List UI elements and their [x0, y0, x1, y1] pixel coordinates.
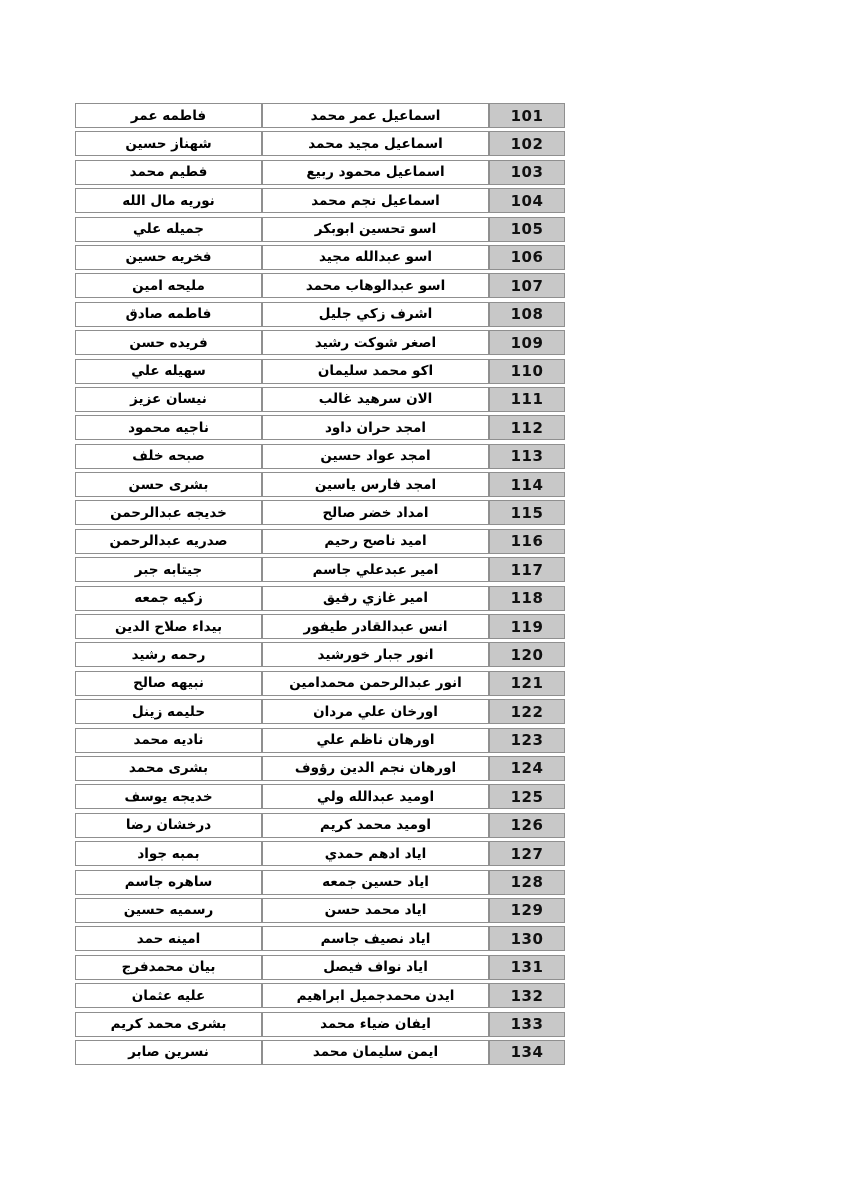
row-number-cell: 118 [489, 586, 565, 611]
name-cell: ايمن سليمان محمد [262, 1040, 489, 1065]
left-name-cell: بشرى محمد كريم [75, 1012, 262, 1037]
table-row: زكيه جمعه امير غازي رفيق 118 [75, 586, 565, 611]
left-name-cell: ساهره جاسم [75, 870, 262, 895]
row-number-cell: 104 [489, 188, 565, 213]
left-name-cell: سهيله علي [75, 359, 262, 384]
row-number-cell: 122 [489, 699, 565, 724]
left-name-cell: امينه حمد [75, 926, 262, 951]
row-number-cell: 125 [489, 784, 565, 809]
row-number-cell: 124 [489, 756, 565, 781]
left-name-cell: زكيه جمعه [75, 586, 262, 611]
left-name-cell: عليه عثمان [75, 983, 262, 1008]
name-cell: امجد فارس ياسين [262, 472, 489, 497]
row-number-cell: 107 [489, 273, 565, 298]
row-number-cell: 116 [489, 529, 565, 554]
table-row: نبيهه صالح انور عبدالرحمن محمدامين 121 [75, 671, 565, 696]
name-cell: اياد محمد حسن [262, 898, 489, 923]
table-row: بيداء صلاح الدين انس عبدالقادر طيفور 119 [75, 614, 565, 639]
name-cell: اميد ناصح رحيم [262, 529, 489, 554]
name-cell: امجد عواد حسين [262, 444, 489, 469]
table-row: نيسان عزيز الان سرهيد غالب 111 [75, 387, 565, 412]
name-cell: اسماعيل محمود ربيع [262, 160, 489, 185]
row-number-cell: 130 [489, 926, 565, 951]
name-cell: اياد نواف فيصل [262, 955, 489, 980]
table-row: فطيم محمد اسماعيل محمود ربيع 103 [75, 160, 565, 185]
table-row: رسميه حسين اياد محمد حسن 129 [75, 898, 565, 923]
row-number-cell: 110 [489, 359, 565, 384]
table-row: بشرى محمد كريم ايفان ضياء محمد 133 [75, 1012, 565, 1037]
name-cell: انور عبدالرحمن محمدامين [262, 671, 489, 696]
name-cell: اورهان ناظم علي [262, 728, 489, 753]
left-name-cell: بمبه جواد [75, 841, 262, 866]
name-cell: امجد حران داود [262, 415, 489, 440]
left-name-cell: بيداء صلاح الدين [75, 614, 262, 639]
left-name-cell: شهناز حسين [75, 131, 262, 156]
table-row: صبحه خلف امجد عواد حسين 113 [75, 444, 565, 469]
table-row: ساهره جاسم اياد حسين جمعه 128 [75, 870, 565, 895]
table-row: سهيله علي اكو محمد سليمان 110 [75, 359, 565, 384]
table-row: صدريه عبدالرحمن اميد ناصح رحيم 116 [75, 529, 565, 554]
left-name-cell: ناديه محمد [75, 728, 262, 753]
row-number-cell: 102 [489, 131, 565, 156]
left-name-cell: خديجه عبدالرحمن [75, 500, 262, 525]
left-name-cell: فطيم محمد [75, 160, 262, 185]
row-number-cell: 128 [489, 870, 565, 895]
left-name-cell: بشرى حسن [75, 472, 262, 497]
left-name-cell: فاطمه صادق [75, 302, 262, 327]
row-number-cell: 132 [489, 983, 565, 1008]
row-number-cell: 115 [489, 500, 565, 525]
row-number-cell: 112 [489, 415, 565, 440]
left-name-cell: رحمه رشيد [75, 642, 262, 667]
name-cell: الان سرهيد غالب [262, 387, 489, 412]
left-name-cell: صدريه عبدالرحمن [75, 529, 262, 554]
row-number-cell: 120 [489, 642, 565, 667]
name-cell: امداد خضر صالح [262, 500, 489, 525]
table-row: شهناز حسين اسماعيل مجيد محمد 102 [75, 131, 565, 156]
row-number-cell: 105 [489, 217, 565, 242]
row-number-cell: 108 [489, 302, 565, 327]
left-name-cell: نوريه مال الله [75, 188, 262, 213]
table-row: خديجه يوسف اوميد عبدالله ولي 125 [75, 784, 565, 809]
row-number-cell: 101 [489, 103, 565, 128]
table-row: رحمه رشيد انور جبار خورشيد 120 [75, 642, 565, 667]
name-cell: امير عبدعلي جاسم [262, 557, 489, 582]
name-cell: اسو عبدالله مجيد [262, 245, 489, 270]
name-cell: اسماعيل نجم محمد [262, 188, 489, 213]
name-cell: اياد ادهم حمدي [262, 841, 489, 866]
table-row: جميله علي اسو تحسين ابوبكر 105 [75, 217, 565, 242]
name-cell: امير غازي رفيق [262, 586, 489, 611]
left-name-cell: رسميه حسين [75, 898, 262, 923]
name-cell: اياد حسين جمعه [262, 870, 489, 895]
table-row: ناجيه محمود امجد حران داود 112 [75, 415, 565, 440]
left-name-cell: نسرين صابر [75, 1040, 262, 1065]
table-row: نوريه مال الله اسماعيل نجم محمد 104 [75, 188, 565, 213]
row-number-cell: 121 [489, 671, 565, 696]
left-name-cell: فريده حسن [75, 330, 262, 355]
left-name-cell: جميله علي [75, 217, 262, 242]
table-row: عليه عثمان ايدن محمدجميل ابراهيم 132 [75, 983, 565, 1008]
table-row: حليمه زينل اورخان علي مردان 122 [75, 699, 565, 724]
left-name-cell: فاطمه عمر [75, 103, 262, 128]
name-cell: اورهان نجم الدين رؤوف [262, 756, 489, 781]
left-name-cell: بشرى محمد [75, 756, 262, 781]
name-cell: اكو محمد سليمان [262, 359, 489, 384]
name-cell: ايدن محمدجميل ابراهيم [262, 983, 489, 1008]
row-number-cell: 114 [489, 472, 565, 497]
left-name-cell: بيان محمدفرج [75, 955, 262, 980]
left-name-cell: درخشان رضا [75, 813, 262, 838]
row-number-cell: 109 [489, 330, 565, 355]
left-name-cell: صبحه خلف [75, 444, 262, 469]
row-number-cell: 113 [489, 444, 565, 469]
name-cell: اصغر شوكت رشيد [262, 330, 489, 355]
table-row: فخريه حسين اسو عبدالله مجيد 106 [75, 245, 565, 270]
row-number-cell: 106 [489, 245, 565, 270]
table-row: بشرى محمد اورهان نجم الدين رؤوف 124 [75, 756, 565, 781]
left-name-cell: مليحه امين [75, 273, 262, 298]
row-number-cell: 103 [489, 160, 565, 185]
document-page: فاطمه عمر اسماعيل عمر محمد 101 شهناز حسي… [0, 0, 843, 1191]
row-number-cell: 129 [489, 898, 565, 923]
table-row: درخشان رضا اوميد محمد كريم 126 [75, 813, 565, 838]
table-row: بشرى حسن امجد فارس ياسين 114 [75, 472, 565, 497]
row-number-cell: 111 [489, 387, 565, 412]
table-row: بمبه جواد اياد ادهم حمدي 127 [75, 841, 565, 866]
name-cell: اسو عبدالوهاب محمد [262, 273, 489, 298]
table-row: بيان محمدفرج اياد نواف فيصل 131 [75, 955, 565, 980]
name-cell: انور جبار خورشيد [262, 642, 489, 667]
name-cell: اياد نصيف جاسم [262, 926, 489, 951]
row-number-cell: 127 [489, 841, 565, 866]
row-number-cell: 126 [489, 813, 565, 838]
table-row: خديجه عبدالرحمن امداد خضر صالح 115 [75, 500, 565, 525]
left-name-cell: حليمه زينل [75, 699, 262, 724]
table-row: فاطمه عمر اسماعيل عمر محمد 101 [75, 103, 565, 128]
name-cell: اوميد عبدالله ولي [262, 784, 489, 809]
table-row: نسرين صابر ايمن سليمان محمد 134 [75, 1040, 565, 1065]
name-cell: اسماعيل عمر محمد [262, 103, 489, 128]
row-number-cell: 119 [489, 614, 565, 639]
name-cell: اورخان علي مردان [262, 699, 489, 724]
name-cell: اشرف زكي جليل [262, 302, 489, 327]
row-number-cell: 133 [489, 1012, 565, 1037]
name-cell: اسماعيل مجيد محمد [262, 131, 489, 156]
table-row: مليحه امين اسو عبدالوهاب محمد 107 [75, 273, 565, 298]
row-number-cell: 117 [489, 557, 565, 582]
left-name-cell: جيتابه جبر [75, 557, 262, 582]
table-row: امينه حمد اياد نصيف جاسم 130 [75, 926, 565, 951]
left-name-cell: ناجيه محمود [75, 415, 262, 440]
names-table: فاطمه عمر اسماعيل عمر محمد 101 شهناز حسي… [75, 103, 565, 1068]
left-name-cell: نيسان عزيز [75, 387, 262, 412]
left-name-cell: خديجه يوسف [75, 784, 262, 809]
table-row: ناديه محمد اورهان ناظم علي 123 [75, 728, 565, 753]
name-cell: ايفان ضياء محمد [262, 1012, 489, 1037]
left-name-cell: فخريه حسين [75, 245, 262, 270]
name-cell: انس عبدالقادر طيفور [262, 614, 489, 639]
name-cell: اسو تحسين ابوبكر [262, 217, 489, 242]
table-row: فاطمه صادق اشرف زكي جليل 108 [75, 302, 565, 327]
row-number-cell: 131 [489, 955, 565, 980]
table-row: جيتابه جبر امير عبدعلي جاسم 117 [75, 557, 565, 582]
table-row: فريده حسن اصغر شوكت رشيد 109 [75, 330, 565, 355]
left-name-cell: نبيهه صالح [75, 671, 262, 696]
row-number-cell: 123 [489, 728, 565, 753]
row-number-cell: 134 [489, 1040, 565, 1065]
name-cell: اوميد محمد كريم [262, 813, 489, 838]
